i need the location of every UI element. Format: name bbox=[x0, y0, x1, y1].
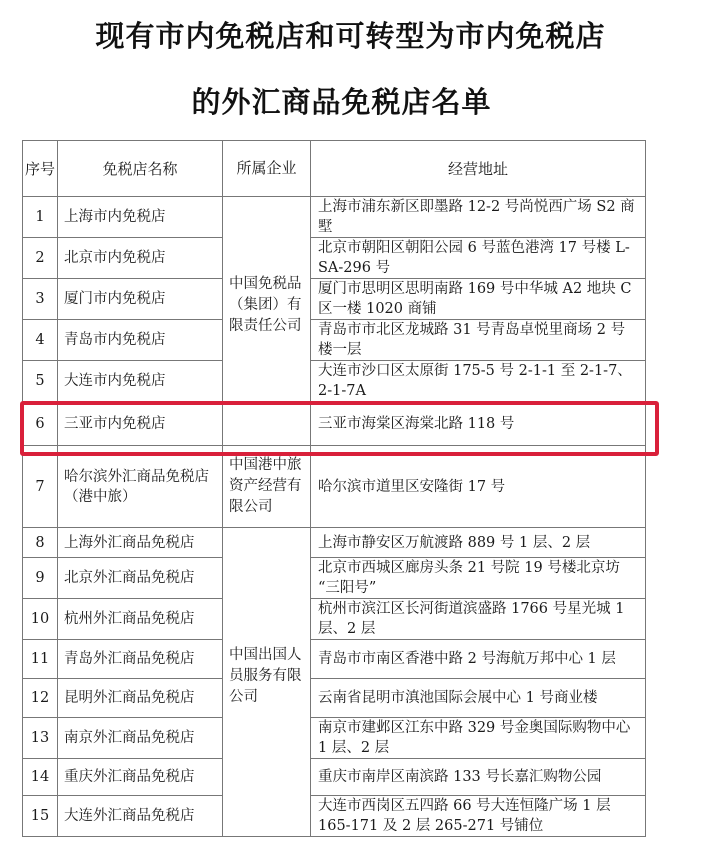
document-title-line-2: 的外汇商品免税店名单 bbox=[0, 80, 695, 121]
store-address: 上海市静安区万航渡路 889 号 1 层、2 层 bbox=[311, 528, 646, 558]
store-name: 上海市内免税店 bbox=[58, 197, 223, 238]
store-name: 杭州外汇商品免税店 bbox=[58, 599, 223, 640]
table-row: 14 重庆外汇商品免税店 重庆市南岸区南滨路 133 号长嘉汇购物公园 bbox=[23, 759, 646, 796]
table-row: 5 大连市内免税店 大连市沙口区太原街 175-5 号 2-1-1 至 2-1-… bbox=[23, 361, 646, 402]
store-name: 南京外汇商品免税店 bbox=[58, 718, 223, 759]
store-name: 青岛市内免税店 bbox=[58, 320, 223, 361]
store-name: 大连外汇商品免税店 bbox=[58, 796, 223, 837]
store-address: 厦门市思明区思明南路 169 号中华城 A2 地块 C 区一楼 1020 商铺 bbox=[311, 279, 646, 320]
document-title-line-1: 现有市内免税店和可转型为市内免税店 bbox=[0, 14, 704, 55]
store-address: 重庆市南岸区南滨路 133 号长嘉汇购物公园 bbox=[311, 759, 646, 796]
header-store-name: 免税店名称 bbox=[58, 141, 223, 197]
header-address: 经营地址 bbox=[311, 141, 646, 197]
row-index: 14 bbox=[23, 759, 58, 796]
store-name: 重庆外汇商品免税店 bbox=[58, 759, 223, 796]
store-name: 北京市内免税店 bbox=[58, 238, 223, 279]
store-name: 大连市内免税店 bbox=[58, 361, 223, 402]
table-row: 10 杭州外汇商品免税店 杭州市滨江区长河街道滨盛路 1766 号星光城 1 层… bbox=[23, 599, 646, 640]
store-address: 大连市西岗区五四路 66 号大连恒隆广场 1 层 165-171 及 2 层 2… bbox=[311, 796, 646, 837]
table-row: 2 北京市内免税店 北京市朝阳区朝阳公园 6 号蓝色港湾 17 号楼 L-SA-… bbox=[23, 238, 646, 279]
company-cell: 中国港中旅资产经营有限公司 bbox=[223, 446, 311, 528]
row-index: 2 bbox=[23, 238, 58, 279]
store-address: 青岛市市南区香港中路 2 号海航万邦中心 1 层 bbox=[311, 640, 646, 679]
store-address: 大连市沙口区太原街 175-5 号 2-1-1 至 2-1-7、2-1-7A bbox=[311, 361, 646, 402]
row-index: 8 bbox=[23, 528, 58, 558]
store-name: 北京外汇商品免税店 bbox=[58, 558, 223, 599]
header-index: 序号 bbox=[23, 141, 58, 197]
header-company: 所属企业 bbox=[223, 141, 311, 197]
company-cell: 中国出国人员服务有限公司 bbox=[223, 528, 311, 837]
row-index: 11 bbox=[23, 640, 58, 679]
red-highlight-box bbox=[20, 401, 659, 456]
store-address: 北京市西城区廊房头条 21 号院 19 号楼北京坊 “三阳号” bbox=[311, 558, 646, 599]
store-address: 杭州市滨江区长河街道滨盛路 1766 号星光城 1 层、2 层 bbox=[311, 599, 646, 640]
store-name: 哈尔滨外汇商品免税店（港中旅） bbox=[58, 446, 223, 528]
row-index: 7 bbox=[23, 446, 58, 528]
store-address: 哈尔滨市道里区安隆街 17 号 bbox=[311, 446, 646, 528]
store-name: 青岛外汇商品免税店 bbox=[58, 640, 223, 679]
table-row: 15 大连外汇商品免税店 大连市西岗区五四路 66 号大连恒隆广场 1 层 16… bbox=[23, 796, 646, 837]
store-address: 青岛市市北区龙城路 31 号青岛卓悦里商场 2 号楼一层 bbox=[311, 320, 646, 361]
row-index: 13 bbox=[23, 718, 58, 759]
duty-free-store-table: 序号 免税店名称 所属企业 经营地址 1 上海市内免税店 中国免税品（集团）有限… bbox=[22, 140, 646, 837]
row-index: 9 bbox=[23, 558, 58, 599]
row-index: 10 bbox=[23, 599, 58, 640]
store-address: 云南省昆明市滇池国际会展中心 1 号商业楼 bbox=[311, 679, 646, 718]
row-index: 4 bbox=[23, 320, 58, 361]
row-index: 12 bbox=[23, 679, 58, 718]
table-row: 9 北京外汇商品免税店 北京市西城区廊房头条 21 号院 19 号楼北京坊 “三… bbox=[23, 558, 646, 599]
table-row: 4 青岛市内免税店 青岛市市北区龙城路 31 号青岛卓悦里商场 2 号楼一层 bbox=[23, 320, 646, 361]
table-row: 7 哈尔滨外汇商品免税店（港中旅） 中国港中旅资产经营有限公司 哈尔滨市道里区安… bbox=[23, 446, 646, 528]
table-row: 12 昆明外汇商品免税店 云南省昆明市滇池国际会展中心 1 号商业楼 bbox=[23, 679, 646, 718]
table-row: 3 厦门市内免税店 厦门市思明区思明南路 169 号中华城 A2 地块 C 区一… bbox=[23, 279, 646, 320]
row-index: 5 bbox=[23, 361, 58, 402]
table-header-row: 序号 免税店名称 所属企业 经营地址 bbox=[23, 141, 646, 197]
table-row: 11 青岛外汇商品免税店 青岛市市南区香港中路 2 号海航万邦中心 1 层 bbox=[23, 640, 646, 679]
store-name: 上海外汇商品免税店 bbox=[58, 528, 223, 558]
store-address: 北京市朝阳区朝阳公园 6 号蓝色港湾 17 号楼 L-SA-296 号 bbox=[311, 238, 646, 279]
row-index: 15 bbox=[23, 796, 58, 837]
row-index: 1 bbox=[23, 197, 58, 238]
store-address: 南京市建邺区江东中路 329 号金奥国际购物中心 1 层、2 层 bbox=[311, 718, 646, 759]
store-address: 上海市浦东新区即墨路 12-2 号尚悦西广场 S2 商墅 bbox=[311, 197, 646, 238]
table-row: 8 上海外汇商品免税店 中国出国人员服务有限公司 上海市静安区万航渡路 889 … bbox=[23, 528, 646, 558]
table-row: 13 南京外汇商品免税店 南京市建邺区江东中路 329 号金奥国际购物中心 1 … bbox=[23, 718, 646, 759]
table-row: 1 上海市内免税店 中国免税品（集团）有限责任公司 上海市浦东新区即墨路 12-… bbox=[23, 197, 646, 238]
store-name: 昆明外汇商品免税店 bbox=[58, 679, 223, 718]
store-name: 厦门市内免税店 bbox=[58, 279, 223, 320]
row-index: 3 bbox=[23, 279, 58, 320]
